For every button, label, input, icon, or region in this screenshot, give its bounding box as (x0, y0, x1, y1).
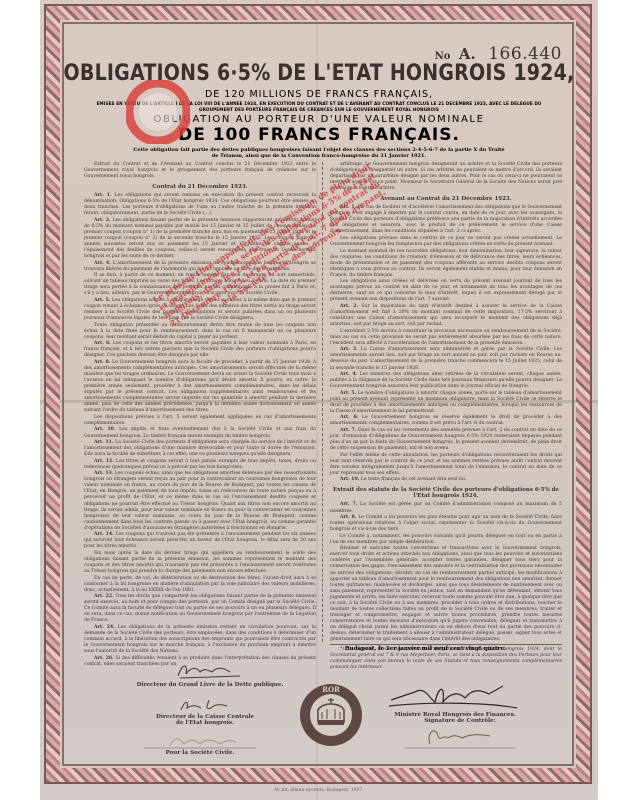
signature-grand-livre: Directeur du Grand Livre de la Dette pub… (130, 660, 290, 688)
statutes-heading: Extrait des statuts de la Société Civile… (330, 487, 562, 499)
article-paragraph: Art. 14. Les coupons qui n'auront pas ét… (84, 532, 316, 550)
article-text: En cas de perte, de vol, de détérioratio… (84, 576, 316, 593)
faint-signature-icon (140, 734, 260, 750)
signature-control: Signature de Contrôle: (380, 718, 540, 750)
article-label: Art. 7. (340, 428, 356, 433)
nominal-value-line: OBLIGATION AU PORTEUR D'UNE VALEUR NOMIN… (40, 114, 598, 125)
article-label: Art. 26. (94, 656, 114, 661)
face-value: DE 100 FRANCS FRANÇAIS. (40, 125, 598, 145)
article-label: Art. 14. (94, 532, 114, 537)
article-paragraph: Art. 12. Les titres et coupons seront à … (84, 459, 316, 471)
svg-text:ROR: ROR (322, 685, 340, 694)
article-label: Art. 5. (94, 298, 110, 303)
signature-caisse-centrale: Directeur de la Caisse Centrale de l'Eta… (140, 696, 270, 726)
bond-title: OBLIGATIONS 6·5% DE L'ETAT HONGROIS 1924… (40, 60, 598, 85)
article-paragraph: Art. 10. Le texte français de cet avenan… (330, 477, 562, 483)
article-text: Six mois après la date du dernier tirage… (84, 551, 316, 574)
article-label: Art. 6. (340, 415, 358, 420)
handwritten-signature-icon (400, 724, 520, 750)
left-preamble: Extrait du Contrat et de l'Avenant au Co… (84, 162, 316, 180)
article-label: Art. 8. (94, 360, 110, 365)
article-paragraph: Par l'effet même de cette annulation, le… (330, 453, 562, 477)
article-text: Les titres et coupons seront à tout jama… (84, 459, 316, 470)
article-text: Le texte français de cet avenant fera se… (361, 477, 467, 482)
article-text: Tous les droits que comportent les oblig… (84, 594, 316, 623)
red-circular-stamp-icon (126, 80, 190, 144)
bond-subtitle: DE 120 MILLIONS DE FRANCS FRANÇAIS, (40, 89, 598, 100)
article-label: Art. 13. (94, 471, 113, 476)
article-text: Par l'effet même de cette annulation, le… (330, 453, 562, 476)
handwritten-signature-icon (170, 660, 250, 682)
signature-title-grand-livre: Directeur du Grand Livre de la Dette pub… (130, 682, 290, 688)
article-text: Le nombre d'obligations à amortir chaque… (330, 391, 562, 414)
issue-date: Budapest, le 1er janvier mil neuf cent v… (40, 646, 506, 652)
article-paragraph: Art. 7. La Société est gérée par un Comi… (330, 502, 562, 514)
article-paragraph: Art. 22. Tous les droits que comportent … (84, 594, 316, 624)
article-label: Art. 24. (94, 625, 115, 630)
article-paragraph: Six mois après la date du dernier tirage… (84, 551, 316, 575)
article-label: Art. 7. (340, 502, 357, 507)
article-text: Les coupons qui n'auront pas été présent… (84, 532, 316, 549)
signature-societe-civile: Pour la Société Civile. (110, 734, 290, 756)
printer-imprint: M. kir. állami nyomda. Budapest. 1927. (40, 788, 598, 793)
article-paragraph: Réaliser et exécuter toutes conventions … (330, 546, 562, 643)
article-text: Dans le cas où les versements des annuit… (330, 428, 562, 451)
article-text: Les obligations qui seront remises en ex… (84, 193, 316, 216)
article-label: Art. 4. (94, 261, 111, 266)
article-paragraph: En cas de perte, de vol, de détérioratio… (84, 576, 316, 594)
article-label: Art. 10. (340, 477, 359, 482)
contract-heading: Contrat du 21 Décembre 1923. (84, 184, 316, 190)
article-label: Art. 12. (94, 459, 114, 464)
article-text: Réaliser et exécuter toutes conventions … (330, 546, 562, 642)
article-text: Le Comité a les pouvoirs les plus étendu… (330, 515, 562, 532)
article-text: La Société est gérée par un Comité d'adm… (330, 502, 562, 513)
article-label: Art. 11. (94, 440, 113, 445)
article-label: Art. 10. (94, 427, 115, 432)
article-label: Art. 1. (94, 193, 112, 198)
article-paragraph: Art. 7. Dans le cas où les versements de… (330, 428, 562, 452)
handwritten-signature-icon (385, 678, 525, 712)
signature-title-societe: Pour la Société Civile. (110, 750, 290, 756)
handwritten-signature-icon (175, 696, 235, 714)
article-text: Le Comité a, notamment, les pouvoirs sui… (330, 534, 562, 545)
certificate-content: No A. 166.440 OBLIGATIONS 6·5% DE L'ETAT… (40, 0, 598, 800)
signature-minister: Ministre Royal Hongrois des Finances. (370, 678, 540, 718)
article-paragraph: Art. 8. Le Comité a les pouvoirs les plu… (330, 515, 562, 533)
article-text: Le Gouvernement hongrois se réserve égal… (330, 415, 562, 426)
article-label: Art. 8. (340, 515, 356, 520)
article-label: Art. 22. (94, 594, 114, 599)
article-paragraph: Art. 13. Les coupons échus, ainsi que le… (84, 471, 316, 531)
article-text: La Société Civile des porteurs d'obligat… (84, 440, 316, 457)
article-paragraph: Le Comité a, notamment, les pouvoirs sui… (330, 534, 562, 546)
article-paragraph: Art. 5. Le nombre d'obligations à amorti… (330, 391, 562, 415)
article-paragraph: Art. 6. Le Gouvernement hongrois se rése… (330, 415, 562, 427)
article-label: Art. 2. (94, 218, 111, 223)
treaty-intro: Cette obligation fait partie des dettes … (130, 147, 508, 159)
hungarian-crown-seal-icon: ROR (298, 682, 364, 748)
article-paragraph: Art. 11. La Société Civile des porteurs … (84, 440, 316, 458)
signature-title-caisse-2: de l'Etat hongrois. (140, 720, 270, 726)
article-label: Art. 6. (94, 341, 111, 346)
article-text: Les coupons échus, ainsi que les obligat… (84, 471, 316, 530)
